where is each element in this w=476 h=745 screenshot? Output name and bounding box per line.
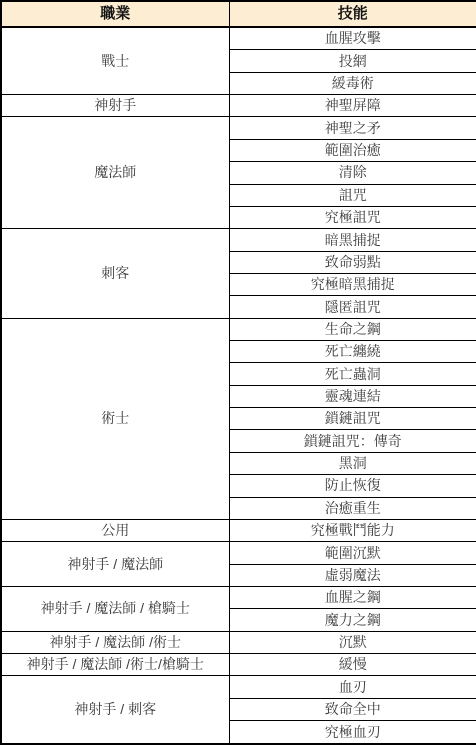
table-row: 公用究極戰鬥能力 — [1, 519, 476, 541]
occupation-cell: 神射手 / 魔法師 /術士 — [1, 631, 229, 653]
skill-cell: 靈魂連結 — [229, 385, 476, 407]
skill-cell: 致命弱點 — [229, 251, 476, 273]
occupation-cell: 刺客 — [1, 229, 229, 318]
skill-cell: 究極戰鬥能力 — [229, 519, 476, 541]
skill-cell: 致命全中 — [229, 698, 476, 720]
occupation-cell: 神射手 / 刺客 — [1, 676, 229, 744]
occupation-cell: 神射手 / 魔法師 — [1, 542, 229, 587]
table-header: 職業 技能 — [1, 1, 476, 27]
skill-cell: 死亡纏繞 — [229, 341, 476, 363]
skill-cell: 究極詛咒 — [229, 206, 476, 228]
skill-cell: 魔力之鋼 — [229, 609, 476, 631]
skill-cell: 範圍沉默 — [229, 542, 476, 564]
column-header-occupation: 職業 — [1, 1, 229, 27]
occupation-cell: 神射手 / 魔法師 /術士/槍騎士 — [1, 654, 229, 676]
skill-cell: 血腥攻擊 — [229, 27, 476, 50]
table-row: 神射手 / 魔法師範圍沉默 — [1, 542, 476, 564]
skill-cell: 清除 — [229, 162, 476, 184]
skill-cell: 神聖屏障 — [229, 95, 476, 117]
occupation-cell: 神射手 / 魔法師 / 槍騎士 — [1, 587, 229, 632]
header-row: 職業 技能 — [1, 1, 476, 27]
table-row: 神射手 / 魔法師 /術士/槍騎士緩慢 — [1, 654, 476, 676]
table-row: 神射手 / 魔法師 /術士沉默 — [1, 631, 476, 653]
skill-cell: 防止恢復 — [229, 475, 476, 497]
skill-cell: 究極暗黑捕捉 — [229, 273, 476, 295]
skill-cell: 暗黑捕捉 — [229, 229, 476, 251]
skill-cell: 血腥之鋼 — [229, 587, 476, 609]
skill-cell: 鎖鏈詛咒：傳奇 — [229, 430, 476, 452]
table-row: 神射手 / 刺客血刃 — [1, 676, 476, 698]
skill-table-body: 戰士血腥攻擊投網緩毒術神射手神聖屏障魔法師神聖之矛範圍治癒清除詛咒究極詛咒刺客暗… — [1, 27, 476, 744]
skill-cell: 生命之鋼 — [229, 318, 476, 340]
skill-cell: 投網 — [229, 50, 476, 72]
table-row: 術士生命之鋼 — [1, 318, 476, 340]
skill-cell: 血刃 — [229, 676, 476, 698]
column-header-skill: 技能 — [229, 1, 476, 27]
skill-cell: 鎖鏈詛咒 — [229, 408, 476, 430]
skill-cell: 黑洞 — [229, 452, 476, 474]
skill-cell: 範圍治癒 — [229, 139, 476, 161]
table-row: 神射手神聖屏障 — [1, 95, 476, 117]
class-skill-table: 職業 技能 戰士血腥攻擊投網緩毒術神射手神聖屏障魔法師神聖之矛範圍治癒清除詛咒究… — [0, 0, 476, 745]
table-row: 刺客暗黑捕捉 — [1, 229, 476, 251]
occupation-cell: 魔法師 — [1, 117, 229, 229]
skill-cell: 究極血刃 — [229, 721, 476, 744]
skill-cell: 神聖之矛 — [229, 117, 476, 139]
skill-cell: 治癒重生 — [229, 497, 476, 519]
skill-cell: 沉默 — [229, 631, 476, 653]
occupation-cell: 神射手 — [1, 95, 229, 117]
skill-cell: 緩毒術 — [229, 72, 476, 94]
occupation-cell: 術士 — [1, 318, 229, 519]
skill-cell: 隱匿詛咒 — [229, 296, 476, 318]
table-row: 戰士血腥攻擊 — [1, 27, 476, 50]
skill-cell: 虛弱魔法 — [229, 564, 476, 586]
occupation-cell: 公用 — [1, 519, 229, 541]
skill-cell: 死亡蟲洞 — [229, 363, 476, 385]
skill-cell: 詛咒 — [229, 184, 476, 206]
table-row: 神射手 / 魔法師 / 槍騎士血腥之鋼 — [1, 587, 476, 609]
table-row: 魔法師神聖之矛 — [1, 117, 476, 139]
occupation-cell: 戰士 — [1, 27, 229, 95]
skill-cell: 緩慢 — [229, 654, 476, 676]
